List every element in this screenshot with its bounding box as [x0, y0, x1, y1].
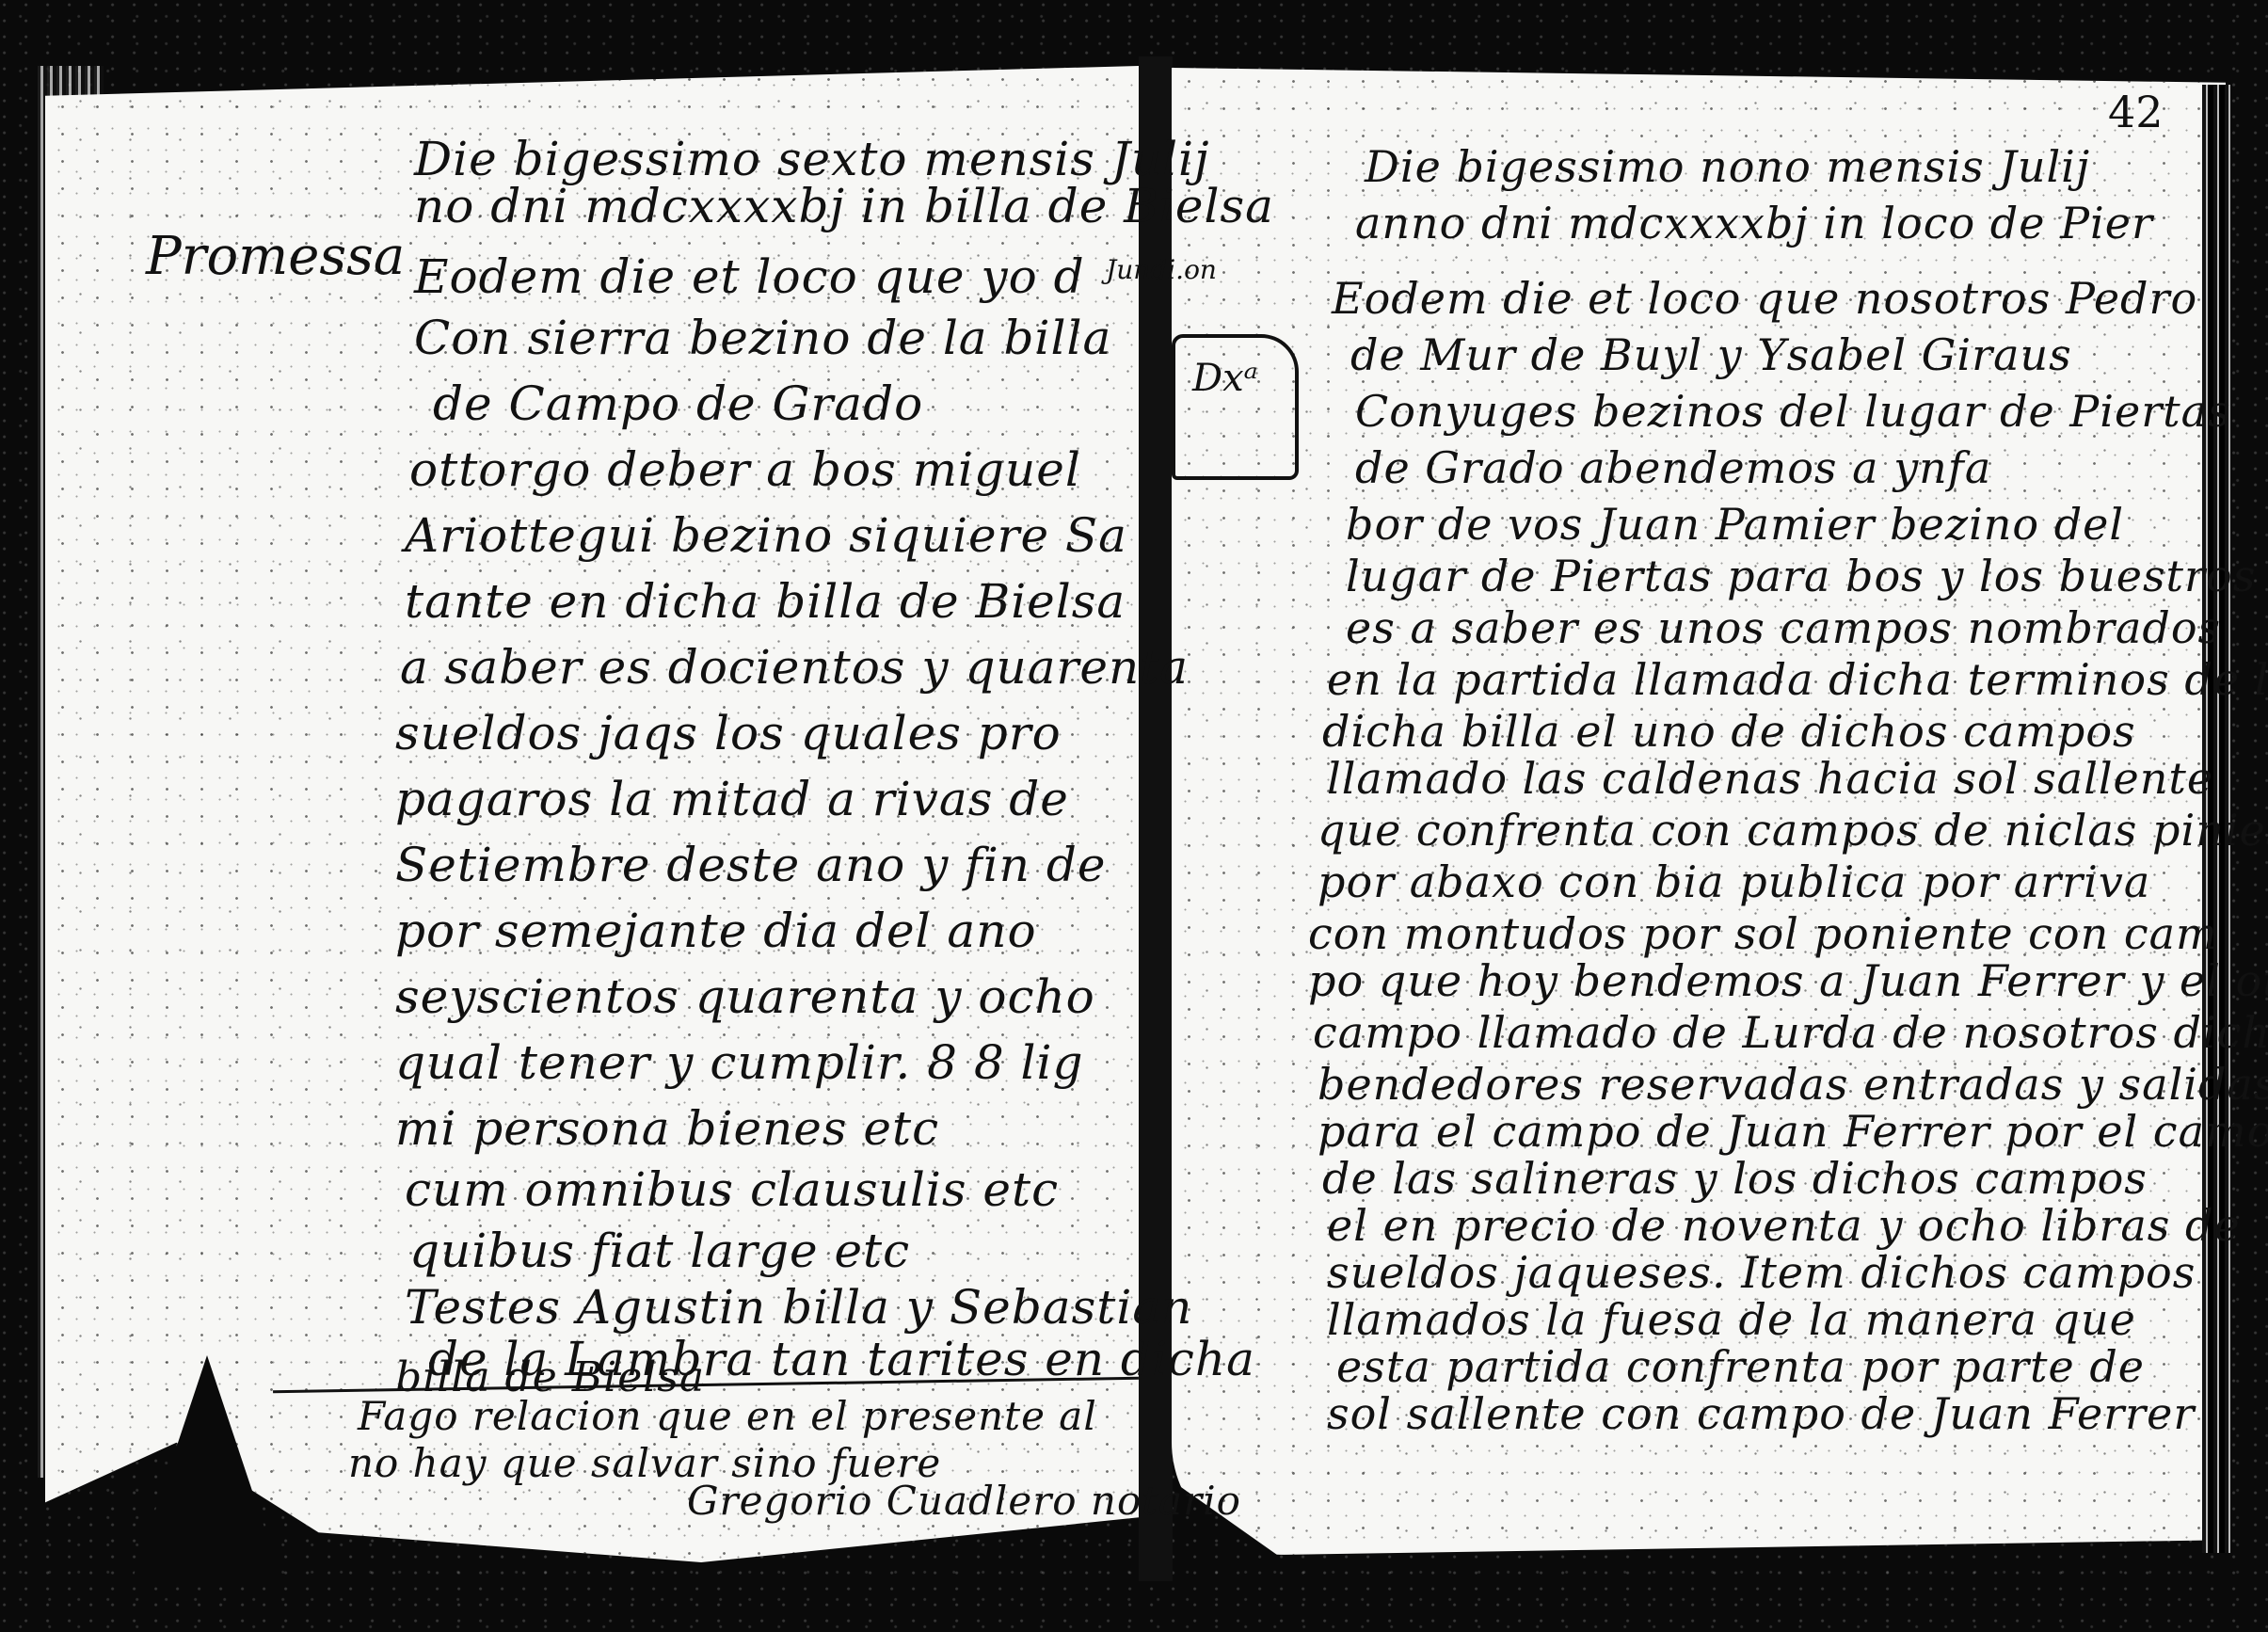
margin-note-promessa: Promessa	[146, 226, 405, 287]
folio-number: 42	[2108, 87, 2164, 137]
manuscript-line: Setiembre deste ano y fin de	[395, 838, 1107, 892]
manuscript-line: para el campo de Juan Ferrer por el camo	[1318, 1106, 2268, 1157]
manuscript-line: el en precio de noventa y ocho libras de	[1327, 1200, 2241, 1251]
manuscript-line: sueldos jaqs los quales pro	[395, 706, 1062, 760]
manuscript-line: en la partida llamada dicha terminos de …	[1327, 654, 2268, 705]
manuscript-line: sol sallente con campo de Juan Ferrer	[1327, 1388, 2195, 1439]
manuscript-line: Eodem die et loco que nosotros Pedro	[1332, 273, 2197, 324]
manuscript-line: de Grado abendemos a ynfa	[1355, 442, 1991, 493]
manuscript-line: Ariottegui bezino siquiere Sa	[405, 508, 1127, 563]
manuscript-line: que confrenta con campos de niclas pinie…	[1318, 805, 2268, 856]
manuscript-line: pagaros la mitad a rivas de	[395, 772, 1069, 826]
manuscript-line: Eodem die et loco que yo d	[414, 249, 1085, 304]
manuscript-line: Con sierra bezino de la billa	[414, 311, 1111, 365]
manuscript-line: anno dni mdcxxxxbj in loco de Pier	[1355, 198, 2153, 248]
manuscript-line: mi persona bienes etc	[395, 1101, 939, 1156]
manuscript-line: llamados la fuesa de la manera que	[1327, 1294, 2136, 1345]
manuscript-line: Testes Agustin billa y Sebastian	[405, 1280, 1192, 1335]
manuscript-line: a saber es docientos y quarenta	[400, 640, 1189, 695]
manuscript-line: qual tener y cumplir. 8 8 lig	[395, 1035, 1084, 1090]
manuscript-line: llamado las caldenas hacia sol sallente	[1327, 753, 2213, 804]
page-corner-shadow	[132, 1355, 282, 1581]
manuscript-line: lugar de Piertas para bos y los buestros	[1346, 551, 2256, 601]
footer-line: Fago relacion que en el presente al	[358, 1393, 1097, 1439]
margin-note-jundi: Jundi.on	[1106, 254, 1217, 285]
manuscript-line: campo llamado de Lurda de nosotros dicho…	[1313, 1007, 2268, 1058]
manuscript-line: bendedores reservadas entradas y salidas	[1318, 1059, 2268, 1110]
margin-box-mark: Dxᵃ	[1172, 334, 1299, 480]
manuscript-line: po que hoy bendemos a Juan Ferrer y el o…	[1308, 955, 2268, 1006]
manuscript-line: ottorgo deber a bos miguel	[409, 442, 1081, 497]
manuscript-line: por semejante dia del ano	[395, 904, 1037, 958]
manuscript-line: de Campo de Grado	[433, 376, 923, 431]
manuscript-line: de Mur de Buyl y Ysabel Giraus	[1350, 329, 2072, 380]
manuscript-line: por abaxo con bia publica por arriva	[1318, 856, 2150, 907]
manuscript-line: seyscientos quarenta y ocho	[395, 969, 1095, 1024]
manuscript-line: de las salineras y los dichos campos	[1322, 1153, 2148, 1204]
manuscript-line: con montudos por sol poniente con cam	[1308, 908, 2218, 959]
manuscript-line: quibus fiat large etc	[409, 1224, 910, 1278]
manuscript-line: esta partida confrenta por parte de	[1336, 1341, 2145, 1392]
signature-line: Gregorio Cuadlero notario	[687, 1478, 1241, 1524]
manuscript-line: Die bigessimo nono mensis Julij	[1365, 141, 2090, 192]
manuscript-line: bor de vos Juan Pamier bezino del	[1346, 499, 2124, 550]
manuscript-line: tante en dicha billa de Bielsa	[405, 574, 1126, 629]
manuscript-line: sueldos jaqueses. Item dichos campos	[1327, 1247, 2196, 1298]
manuscript-line: no dni mdcxxxxbj in billa de Bielsa	[414, 179, 1274, 233]
manuscript-line: dicha billa el uno de dichos campos	[1322, 706, 2136, 757]
manuscript-line: Conyuges bezinos del lugar de Piertas	[1355, 386, 2231, 437]
manuscript-line: es a saber es unos campos nombrados	[1346, 602, 2221, 653]
manuscript-line: cum omnibus clausulis etc	[405, 1162, 1059, 1217]
